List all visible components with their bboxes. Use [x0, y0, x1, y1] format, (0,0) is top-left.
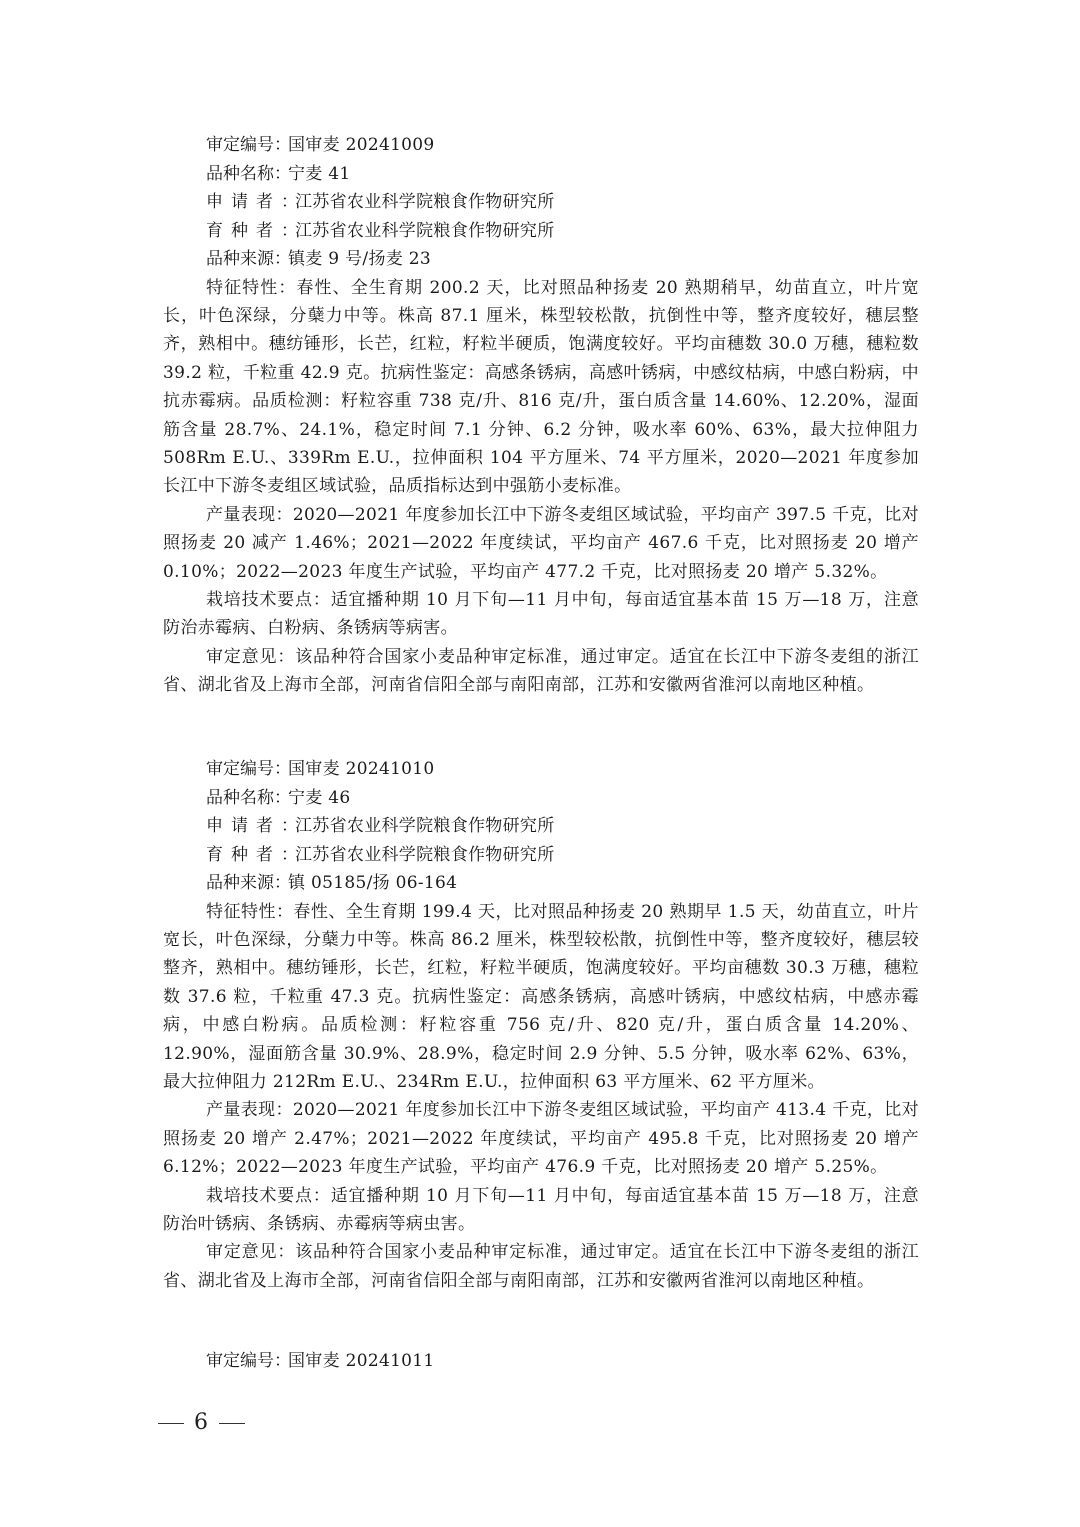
breeder-value: 江苏省农业科学院粮食作物研究所 [295, 845, 555, 865]
applicant-value: 江苏省农业科学院粮食作物研究所 [295, 816, 555, 836]
paragraph-label: 审定意见 [206, 647, 277, 667]
yield-paragraph: 产量表现：2020—2021 年度参加长江中下游冬麦组区域试验，平均亩产 397… [163, 501, 919, 586]
approval-number-value: 国审麦 20241009 [288, 135, 435, 155]
applicant-line: 申请者：江苏省农业科学院粮食作物研究所 [163, 188, 919, 217]
origin-line: 品种来源：镇 05185/扬 06-164 [163, 869, 919, 898]
paragraph-label: 产量表现 [206, 505, 276, 525]
paragraph-label: 审定意见 [206, 1242, 277, 1262]
field-label: 品种名称 [206, 160, 274, 189]
cultivation-paragraph: 栽培技术要点：适宜播种期 10 月下旬—11 月中旬，每亩适宜基本苗 15 万—… [163, 1182, 919, 1239]
yield-text: 2020—2021 年度参加长江中下游冬麦组区域试验，平均亩产 397.5 千克… [163, 505, 919, 582]
paragraph-label: 产量表现 [206, 1100, 276, 1120]
field-label: 品种名称 [206, 784, 274, 813]
page-number-value: 6 [194, 1410, 209, 1435]
dash-right [219, 1423, 245, 1424]
traits-paragraph: 特征特性：春性、全生育期 200.2 天，比对照品种扬麦 20 熟期稍早，幼苗直… [163, 274, 919, 501]
variety-name-line: 品种名称：宁麦 41 [163, 160, 919, 189]
variety-name-line: 品种名称：宁麦 46 [163, 784, 919, 813]
variety-entry-20241011: 审定编号：国审麦 20241011 [163, 1347, 919, 1376]
breeder-line: 育种者：江苏省农业科学院粮食作物研究所 [163, 217, 919, 246]
field-label: 申请者 [206, 188, 281, 217]
document-page: 审定编号：国审麦 20241009 品种名称：宁麦 41 申请者：江苏省农业科学… [0, 0, 1080, 1527]
approval-number-value: 国审麦 20241011 [288, 1351, 435, 1371]
paragraph-label: 特征特性 [206, 278, 278, 298]
cultivation-paragraph: 栽培技术要点：适宜播种期 10 月下旬—11 月中旬，每亩适宜基本苗 15 万—… [163, 586, 919, 643]
traits-text: 春性、全生育期 200.2 天，比对照品种扬麦 20 熟期稍早，幼苗直立，叶片宽… [163, 278, 919, 497]
field-label: 审定编号 [206, 131, 274, 160]
field-label: 审定编号 [206, 1347, 274, 1376]
approval-number-line: 审定编号：国审麦 20241009 [163, 131, 919, 160]
approval-number-line: 审定编号：国审麦 20241011 [163, 1347, 919, 1376]
paragraph-label: 栽培技术要点 [206, 1186, 313, 1206]
field-label: 品种来源 [206, 869, 274, 898]
dash-left [158, 1423, 184, 1424]
field-label: 审定编号 [206, 755, 274, 784]
origin-line: 品种来源：镇麦 9 号/扬麦 23 [163, 245, 919, 274]
variety-entry-20241009: 审定编号：国审麦 20241009 品种名称：宁麦 41 申请者：江苏省农业科学… [163, 131, 919, 700]
field-label: 育种者 [206, 217, 281, 246]
opinion-text: 该品种符合国家小麦品种审定标准，通过审定。适宜在长江中下游冬麦组的浙江省、湖北省… [163, 1242, 919, 1290]
breeder-value: 江苏省农业科学院粮食作物研究所 [295, 221, 555, 241]
yield-paragraph: 产量表现：2020—2021 年度参加长江中下游冬麦组区域试验，平均亩产 413… [163, 1096, 919, 1181]
paragraph-label: 栽培技术要点 [206, 590, 313, 610]
variety-entry-20241010: 审定编号：国审麦 20241010 品种名称：宁麦 46 申请者：江苏省农业科学… [163, 755, 919, 1295]
opinion-paragraph: 审定意见：该品种符合国家小麦品种审定标准，通过审定。适宜在长江中下游冬麦组的浙江… [163, 1238, 919, 1295]
origin-value: 镇麦 9 号/扬麦 23 [288, 249, 431, 269]
field-label: 育种者 [206, 841, 281, 870]
applicant-value: 江苏省农业科学院粮食作物研究所 [295, 192, 555, 212]
field-label: 品种来源 [206, 245, 274, 274]
traits-text: 春性、全生育期 199.4 天，比对照品种扬麦 20 熟期早 1.5 天，幼苗直… [163, 902, 919, 1092]
yield-text: 2020—2021 年度参加长江中下游冬麦组区域试验，平均亩产 413.4 千克… [163, 1100, 919, 1177]
paragraph-label: 特征特性 [206, 902, 276, 922]
opinion-paragraph: 审定意见：该品种符合国家小麦品种审定标准，通过审定。适宜在长江中下游冬麦组的浙江… [163, 643, 919, 700]
applicant-line: 申请者：江苏省农业科学院粮食作物研究所 [163, 812, 919, 841]
variety-name-value: 宁麦 46 [288, 788, 351, 808]
variety-name-value: 宁麦 41 [288, 164, 351, 184]
field-label: 申请者 [206, 812, 281, 841]
page-number: 6 [148, 1408, 255, 1438]
breeder-line: 育种者：江苏省农业科学院粮食作物研究所 [163, 841, 919, 870]
approval-number-value: 国审麦 20241010 [288, 759, 435, 779]
opinion-text: 该品种符合国家小麦品种审定标准，通过审定。适宜在长江中下游冬麦组的浙江省、湖北省… [163, 647, 919, 695]
origin-value: 镇 05185/扬 06-164 [288, 873, 457, 893]
traits-paragraph: 特征特性：春性、全生育期 199.4 天，比对照品种扬麦 20 熟期早 1.5 … [163, 898, 919, 1097]
approval-number-line: 审定编号：国审麦 20241010 [163, 755, 919, 784]
